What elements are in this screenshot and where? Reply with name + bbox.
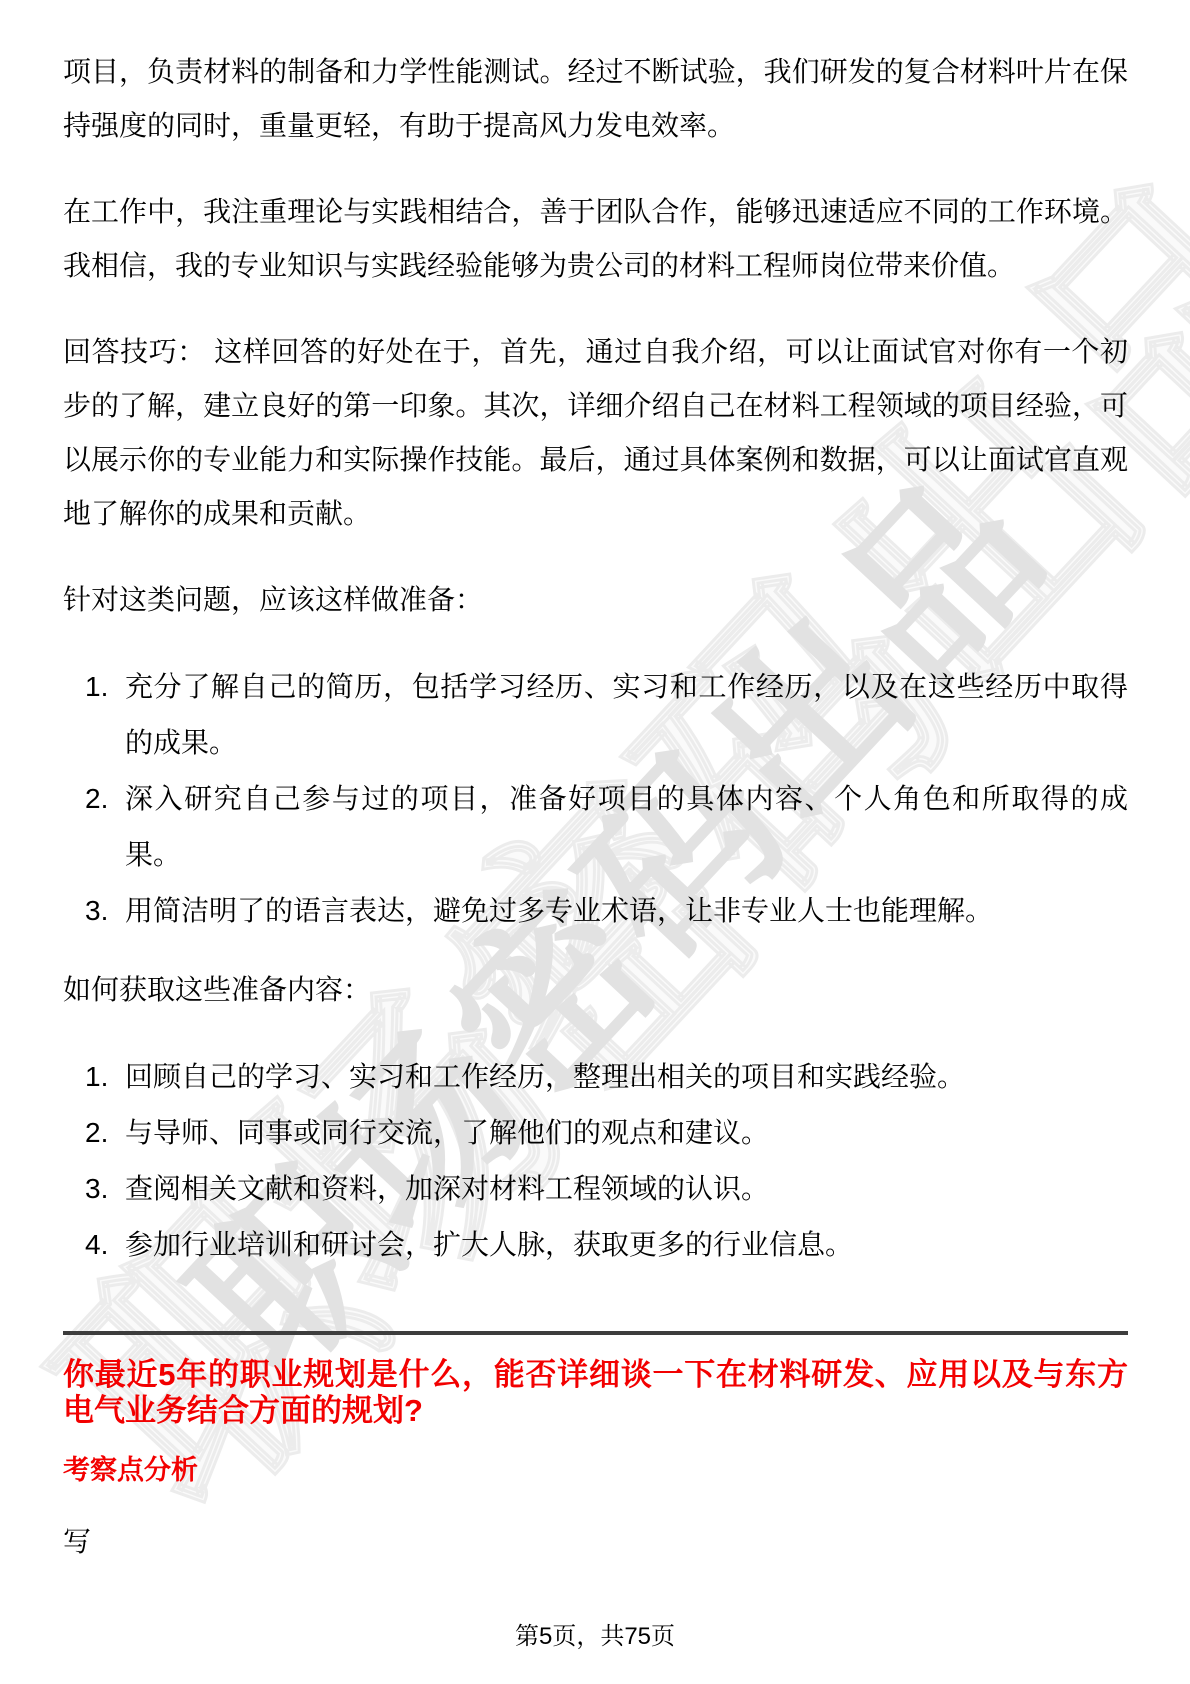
list-item-number: 2.: [63, 771, 125, 883]
paragraph-project-experience: 项目，负责材料的制备和力学性能测试。经过不断试验，我们研发的复合材料叶片在保持强…: [63, 45, 1128, 153]
list-item-text: 参加行业培训和研讨会，扩大人脉，获取更多的行业信息。: [125, 1217, 1128, 1273]
list-item-number: 4.: [63, 1217, 125, 1273]
list-item-number: 1.: [63, 1049, 125, 1105]
paragraph-acquire-intro: 如何获取这些准备内容：: [63, 963, 1128, 1017]
list-item-text: 回顾自己的学习、实习和工作经历，整理出相关的项目和实践经验。: [125, 1049, 1128, 1105]
list-item-number: 2.: [63, 1105, 125, 1161]
list-item: 3. 查阅相关文献和资料，加深对材料工程领域的认识。: [63, 1161, 1128, 1217]
document-body: 项目，负责材料的制备和力学性能测试。经过不断试验，我们研发的复合材料叶片在保持强…: [63, 45, 1128, 1569]
list-item-text: 用简洁明了的语言表达，避免过多专业术语，让非专业人士也能理解。: [125, 883, 1128, 939]
acquire-list: 1. 回顾自己的学习、实习和工作经历，整理出相关的项目和实践经验。 2. 与导师…: [63, 1049, 1128, 1273]
list-item: 1. 回顾自己的学习、实习和工作经历，整理出相关的项目和实践经验。: [63, 1049, 1128, 1105]
list-item-number: 3.: [63, 1161, 125, 1217]
page-footer: 第5页，共75页: [0, 1622, 1190, 1652]
paragraph-prep-intro: 针对这类问题，应该这样做准备：: [63, 573, 1128, 627]
list-item: 4. 参加行业培训和研讨会，扩大人脉，获取更多的行业信息。: [63, 1217, 1128, 1273]
section-divider: [63, 1331, 1128, 1335]
document-page: 职场密码出品 职场密码出品 项目，负责材料的制备和力学性能测试。经过不断试验，我…: [0, 0, 1190, 1684]
list-item-text: 查阅相关文献和资料，加深对材料工程领域的认识。: [125, 1161, 1128, 1217]
list-item-text: 深入研究自己参与过的项目，准备好项目的具体内容、个人角色和所取得的成果。: [125, 771, 1128, 883]
paragraph-work-attitude: 在工作中，我注重理论与实践相结合，善于团队合作，能够迅速适应不同的工作环境。我相…: [63, 185, 1128, 293]
prep-list: 1. 充分了解自己的简历，包括学习经历、实习和工作经历，以及在这些经历中取得的成…: [63, 659, 1128, 939]
analysis-section-heading: 考察点分析: [63, 1453, 1128, 1487]
list-item-text: 充分了解自己的简历，包括学习经历、实习和工作经历，以及在这些经历中取得的成果。: [125, 659, 1128, 771]
list-item-text: 与导师、同事或同行交流，了解他们的观点和建议。: [125, 1105, 1128, 1161]
list-item: 3. 用简洁明了的语言表达，避免过多专业术语，让非专业人士也能理解。: [63, 883, 1128, 939]
list-item-number: 1.: [63, 659, 125, 771]
list-item: 1. 充分了解自己的简历，包括学习经历、实习和工作经历，以及在这些经历中取得的成…: [63, 659, 1128, 771]
paragraph-answer-technique: 回答技巧： 这样回答的好处在于，首先，通过自我介绍，可以让面试官对你有一个初步的…: [63, 325, 1128, 541]
list-item-number: 3.: [63, 883, 125, 939]
list-item: 2. 深入研究自己参与过的项目，准备好项目的具体内容、个人角色和所取得的成果。: [63, 771, 1128, 883]
list-item: 2. 与导师、同事或同行交流，了解他们的观点和建议。: [63, 1105, 1128, 1161]
truncated-paragraph-text: 写: [63, 1515, 1128, 1569]
question-heading: 你最近5年的职业规划是什么，能否详细谈一下在材料研发、应用以及与东方电气业务结合…: [63, 1357, 1128, 1429]
